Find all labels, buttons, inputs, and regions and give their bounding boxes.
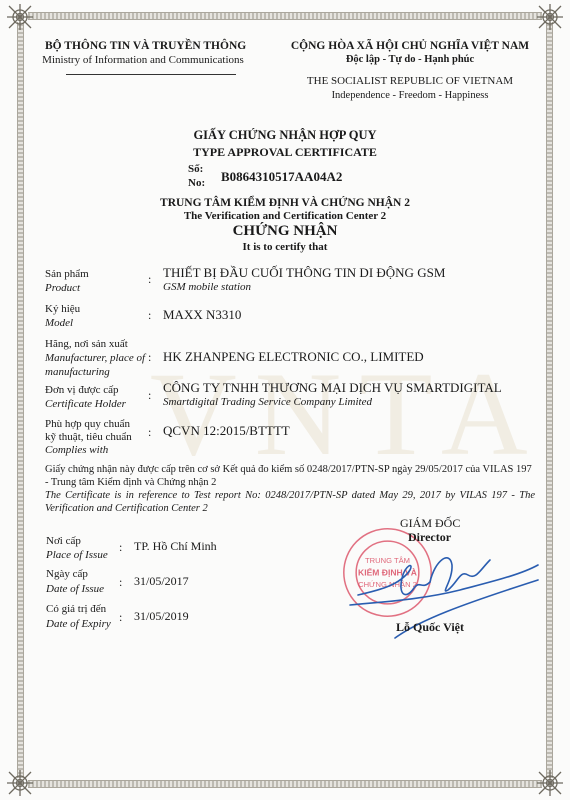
field-colon: : (148, 350, 151, 365)
corner-ornament-icon (535, 2, 565, 32)
field-colon: : (148, 308, 151, 323)
field-label-vn: Hãng, nơi sản xuất (45, 338, 128, 350)
number-label-en: No: (188, 177, 205, 189)
issue-label-en: Place of Issue (46, 549, 108, 561)
issue-value: 31/05/2017 (134, 574, 189, 589)
field-label-en: Model (45, 317, 73, 329)
field-label-vn: Ký hiệu (45, 303, 80, 315)
certify-heading-en: It is to certify that (0, 241, 570, 253)
motto-en: Independence - Freedom - Happiness (290, 90, 530, 101)
field-label-vn: Phù hợp quy chuẩn (45, 418, 130, 430)
issue-label-vn: Có giá trị đến (46, 603, 106, 615)
field-colon: : (148, 388, 151, 403)
issue-label-vn: Ngày cấp (46, 568, 88, 580)
signer-title-vn: GIÁM ĐỐC (400, 516, 460, 531)
field-value-sub: GSM mobile station (163, 281, 251, 293)
issuing-center-vn: TRUNG TÂM KIỂM ĐỊNH VÀ CHỨNG NHẬN 2 (0, 197, 570, 209)
certify-heading-vn: CHỨNG NHẬN (0, 223, 570, 240)
field-colon: : (148, 272, 151, 287)
frame-border-top (28, 12, 542, 20)
issue-value: TP. Hồ Chí Minh (134, 539, 217, 554)
corner-ornament-icon (535, 768, 565, 798)
field-value: QCVN 12:2015/BTTTT (163, 423, 290, 439)
field-value-sub: Smartdigital Trading Service Company Lim… (163, 396, 372, 408)
ministry-name-en: Ministry of Information and Communicatio… (38, 54, 248, 66)
basis-statement-vn: Giấy chứng nhận này được cấp trên cơ sở … (45, 463, 535, 489)
motto-vn: Độc lập - Tự do - Hạnh phúc (290, 54, 530, 65)
corner-ornament-icon (5, 2, 35, 32)
frame-border-bottom (28, 780, 542, 788)
issue-colon: : (119, 575, 122, 590)
certificate-title-en: TYPE APPROVAL CERTIFICATE (0, 145, 570, 160)
number-label-vn: Số: (188, 163, 203, 175)
corner-ornament-icon (5, 768, 35, 798)
issue-value: 31/05/2019 (134, 609, 189, 624)
field-label-en: Certificate Holder (45, 398, 126, 410)
republic-name-en: THE SOCIALIST REPUBLIC OF VIETNAM (290, 75, 530, 87)
field-label-en-line2: manufacturing (45, 366, 110, 378)
field-label-en: Manufacturer, place of (45, 352, 145, 364)
field-label-vn-line2: kỹ thuật, tiêu chuẩn (45, 431, 132, 443)
republic-name-vn: CỘNG HÒA XÃ HỘI CHỦ NGHĨA VIỆT NAM (290, 40, 530, 52)
issuing-center-en: The Verification and Certification Cente… (0, 210, 570, 222)
field-colon: : (148, 425, 151, 440)
field-value: THIẾT BỊ ĐẦU CUỐI THÔNG TIN DI ĐỘNG GSM (163, 265, 445, 281)
issue-label-en: Date of Issue (46, 583, 104, 595)
field-label-vn: Sản phẩm (45, 268, 89, 280)
field-label-en: Product (45, 282, 80, 294)
certificate-title-vn: GIẤY CHỨNG NHẬN HỢP QUY (0, 128, 570, 143)
basis-statement-en: The Certificate is in reference to Test … (45, 489, 535, 515)
field-value: CÔNG TY TNHH THƯƠNG MẠI DỊCH VỤ SMARTDIG… (163, 380, 502, 396)
signer-name: Lỗ Quốc Việt (396, 620, 464, 635)
issue-label-en: Date of Expiry (46, 618, 111, 630)
header-divider (66, 74, 236, 75)
issue-label-vn: Nơi cấp (46, 535, 81, 547)
signer-title-en: Director (408, 530, 451, 545)
certificate-number: B0864310517AA04A2 (221, 169, 342, 185)
issue-colon: : (119, 610, 122, 625)
field-value: MAXX N3310 (163, 307, 241, 323)
issue-colon: : (119, 540, 122, 555)
field-value: HK ZHANPENG ELECTRONIC CO., LIMITED (163, 349, 424, 365)
field-label-vn: Đơn vị được cấp (45, 384, 119, 396)
ministry-name-vn: BỘ THÔNG TIN VÀ TRUYỀN THÔNG (45, 40, 240, 52)
field-label-en: Complies with (45, 444, 108, 456)
